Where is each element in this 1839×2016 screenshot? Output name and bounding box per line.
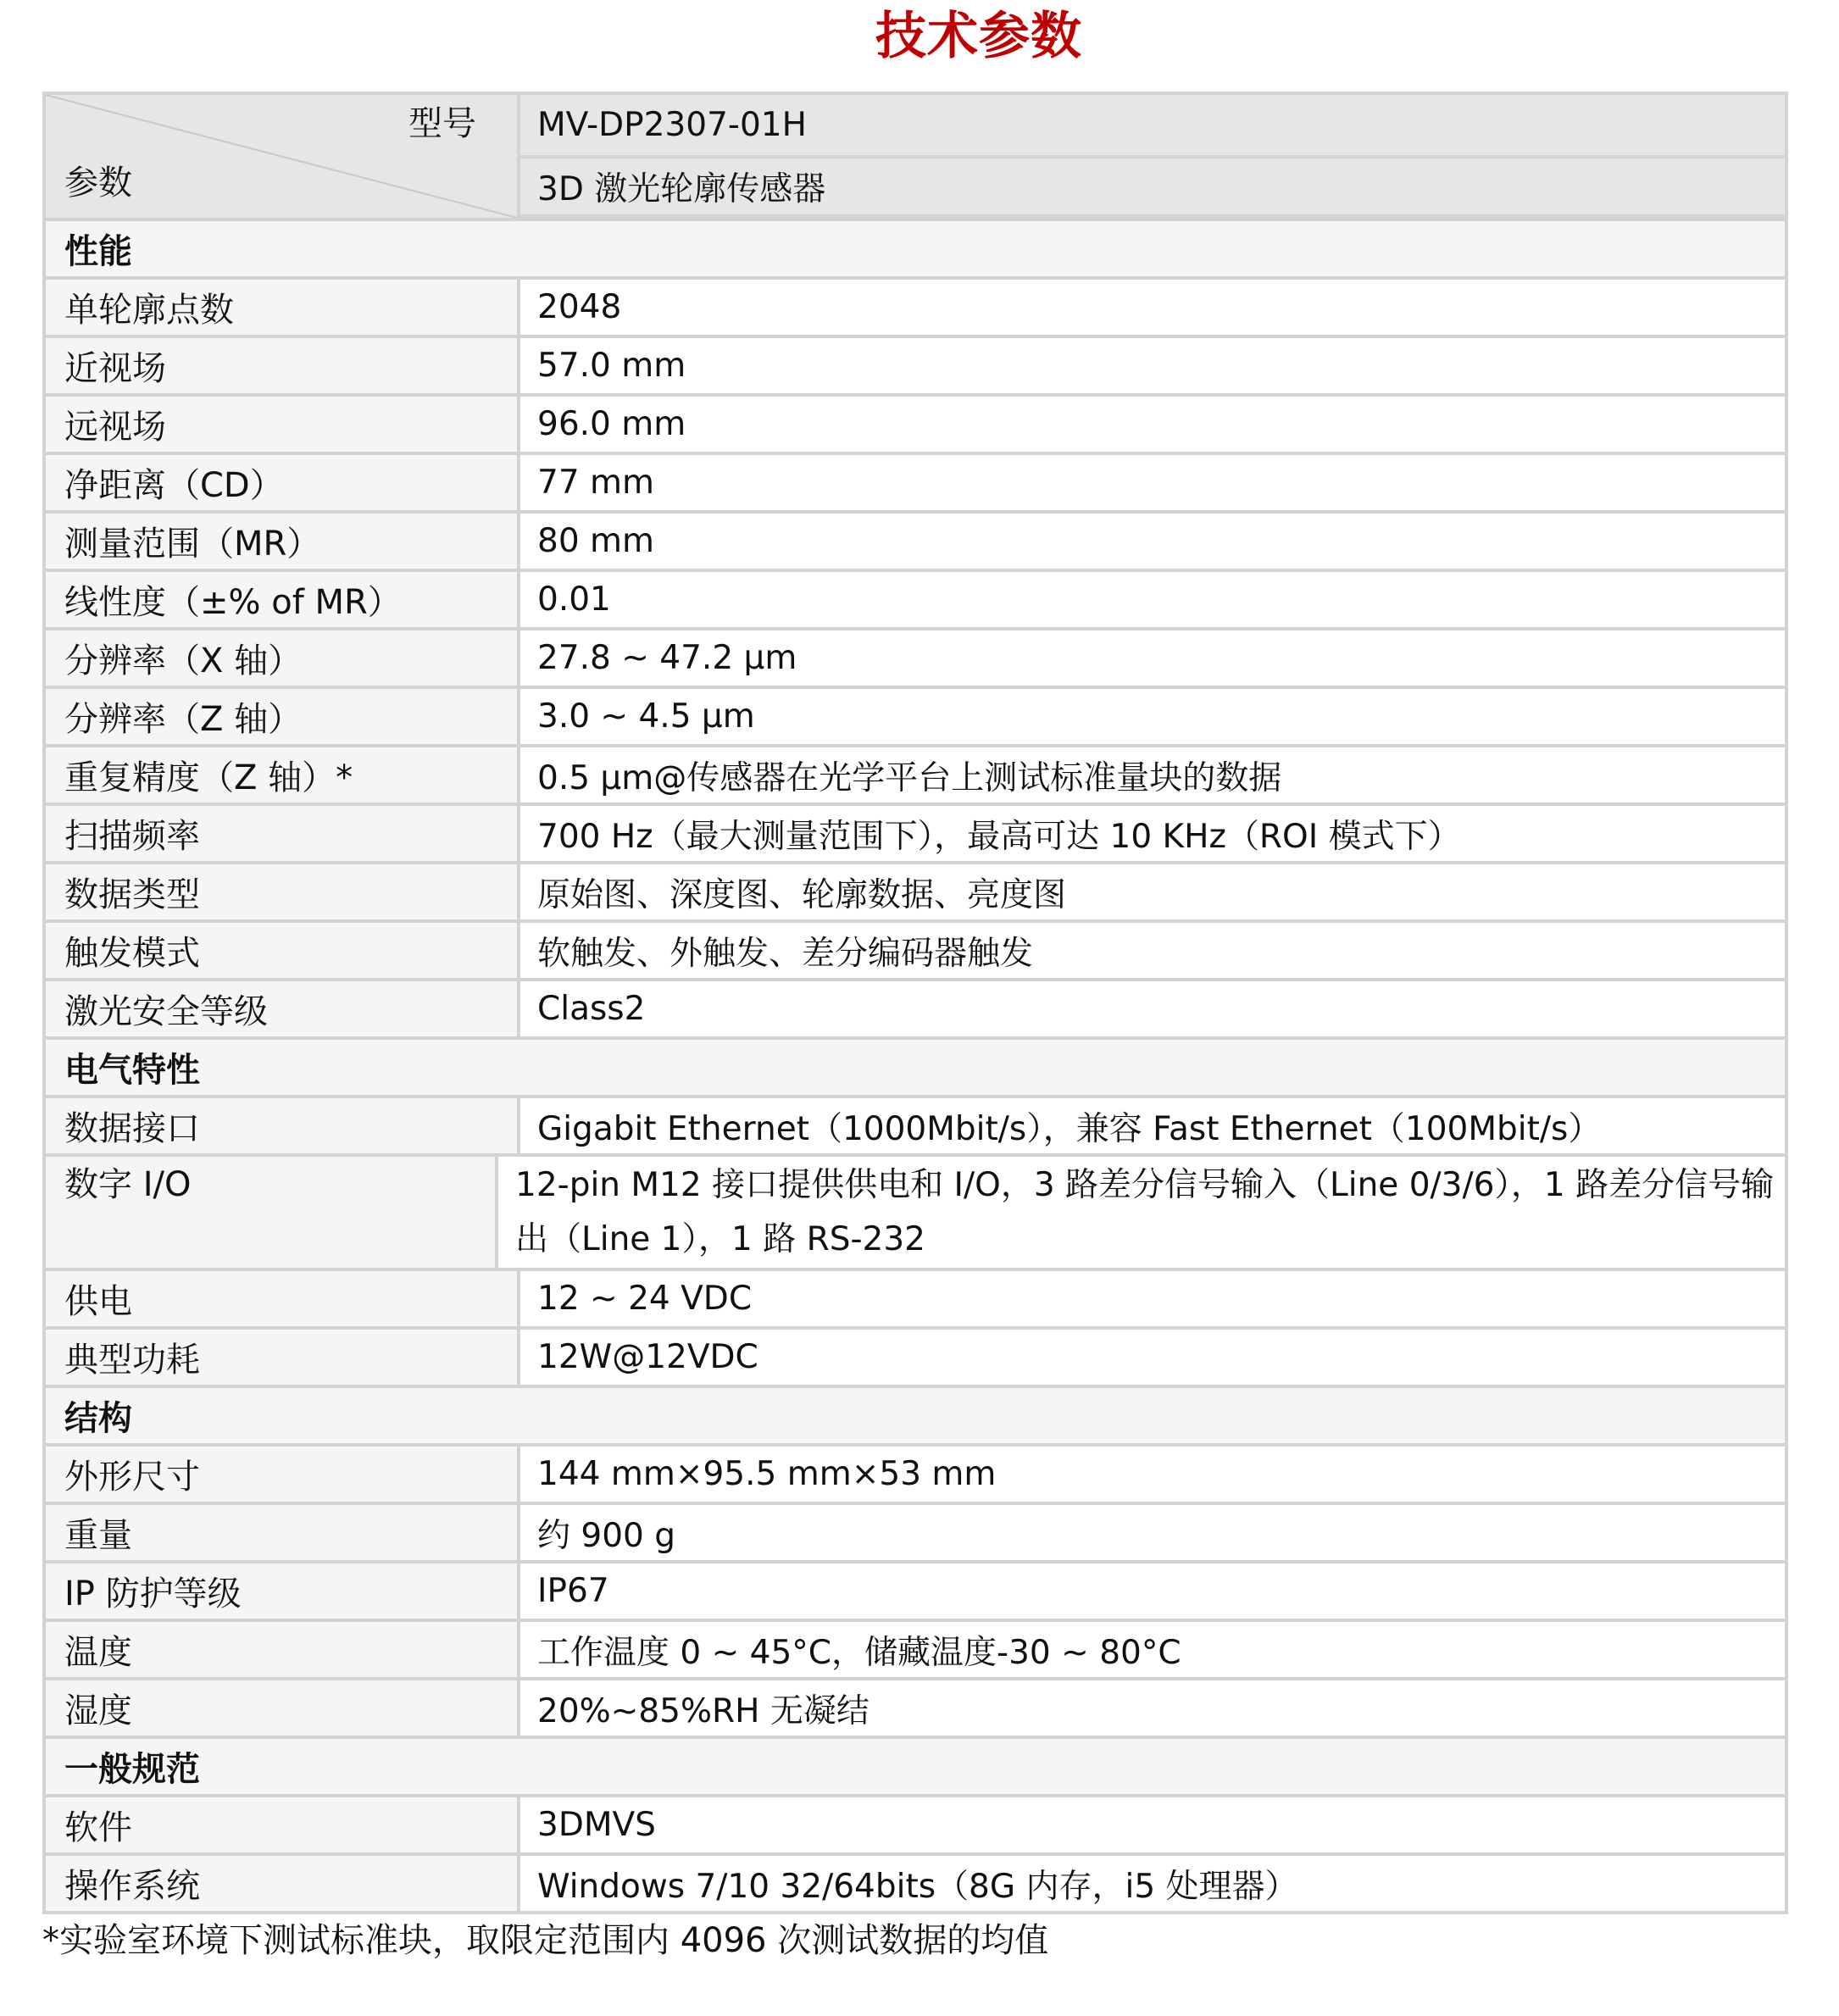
table-row: 数据接口Gigabit Ethernet（1000Mbit/s），兼容 Fast… [46,1098,1785,1157]
row-label: 重量 [46,1505,520,1560]
row-value: 0.01 [520,572,1785,627]
product-type: 3D 激光轮廓传感器 [520,158,1785,214]
row-value: 3DMVS [520,1797,1785,1852]
row-label: 温度 [46,1622,520,1677]
row-label: 激光安全等级 [46,981,520,1036]
section-general: 一般规范 [46,1739,1785,1797]
row-label: 远视场 [46,397,520,452]
row-value: 12-pin M12 接口提供供电和 I/O，3 路差分信号输入（Line 0/… [498,1157,1785,1268]
row-value: 27.8 ~ 47.2 μm [520,630,1785,686]
row-label: 单轮廓点数 [46,280,520,335]
row-label: 数据接口 [46,1098,520,1153]
row-label: 分辨率（Z 轴） [46,689,520,744]
row-label: 数据类型 [46,864,520,919]
row-value: 0.5 μm@传感器在光学平台上测试标准量块的数据 [520,747,1785,803]
row-value: 软触发、外触发、差分编码器触发 [520,923,1785,978]
footnote: *实验室环境下测试标准块，取限定范围内 4096 次测试数据的均值 [42,1917,1048,1964]
table-row: 外形尺寸144 mm×95.5 mm×53 mm [46,1447,1785,1505]
table-row: 操作系统Windows 7/10 32/64bits（8G 内存，i5 处理器） [46,1856,1785,1911]
table-row: 近视场57.0 mm [46,338,1785,397]
row-label: IP 防护等级 [46,1563,520,1619]
table-row: 数字 I/O12-pin M12 接口提供供电和 I/O，3 路差分信号输入（L… [46,1157,1785,1271]
row-value: Class2 [520,981,1785,1036]
row-label: 线性度（±% of MR） [46,572,520,627]
row-value: IP67 [520,1563,1785,1619]
table-row: 单轮廓点数2048 [46,280,1785,338]
table-row: 重量约 900 g [46,1505,1785,1563]
row-value: 144 mm×95.5 mm×53 mm [520,1447,1785,1502]
table-row: IP 防护等级IP67 [46,1563,1785,1622]
table-header: 型号 参数 MV-DP2307-01H 3D 激光轮廓传感器 [46,95,1785,221]
table-row: 软件3DMVS [46,1797,1785,1856]
table-row: 激光安全等级Class2 [46,981,1785,1040]
model-label: 型号 [408,100,476,147]
table-row: 供电12 ~ 24 VDC [46,1271,1785,1330]
row-value: 工作温度 0 ~ 45°C，储藏温度-30 ~ 80°C [520,1622,1785,1677]
row-value: 3.0 ~ 4.5 μm [520,689,1785,744]
row-value: 57.0 mm [520,338,1785,393]
spec-table: 型号 参数 MV-DP2307-01H 3D 激光轮廓传感器 性能 单轮廓点数2… [42,92,1788,1914]
section-performance: 性能 [46,221,1785,280]
row-label: 软件 [46,1797,520,1852]
row-value: Windows 7/10 32/64bits（8G 内存，i5 处理器） [520,1856,1785,1911]
row-value: 约 900 g [520,1505,1785,1560]
row-value: 80 mm [520,514,1785,569]
section-structure: 结构 [46,1388,1785,1447]
row-value: 2048 [520,280,1785,335]
row-value: 12 ~ 24 VDC [520,1271,1785,1326]
row-value: Gigabit Ethernet（1000Mbit/s），兼容 Fast Eth… [520,1098,1785,1153]
table-row: 分辨率（X 轴）27.8 ~ 47.2 μm [46,630,1785,689]
header-corner-cell: 型号 参数 [46,95,520,218]
row-label: 净距离（CD） [46,455,520,510]
table-row: 分辨率（Z 轴）3.0 ~ 4.5 μm [46,689,1785,747]
row-label: 测量范围（MR） [46,514,520,569]
table-row: 触发模式软触发、外触发、差分编码器触发 [46,923,1785,981]
header-values: MV-DP2307-01H 3D 激光轮廓传感器 [520,95,1785,218]
row-label: 操作系统 [46,1856,520,1911]
row-value: 96.0 mm [520,397,1785,452]
row-label: 外形尺寸 [46,1447,520,1502]
table-row: 测量范围（MR）80 mm [46,514,1785,572]
row-label: 分辨率（X 轴） [46,630,520,686]
table-row: 净距离（CD）77 mm [46,455,1785,514]
page-title: 技术参数 [847,7,1110,66]
row-value: 700 Hz（最大测量范围下），最高可达 10 KHz（ROI 模式下） [520,806,1785,861]
table-row: 远视场96.0 mm [46,397,1785,455]
row-label: 供电 [46,1271,520,1326]
row-label: 数字 I/O [46,1157,498,1268]
row-label: 触发模式 [46,923,520,978]
table-row: 湿度20%~85%RH 无凝结 [46,1680,1785,1739]
section-electrical: 电气特性 [46,1040,1785,1098]
table-row: 扫描频率700 Hz（最大测量范围下），最高可达 10 KHz（ROI 模式下） [46,806,1785,864]
row-value: 原始图、深度图、轮廓数据、亮度图 [520,864,1785,919]
row-value: 20%~85%RH 无凝结 [520,1680,1785,1736]
row-label: 典型功耗 [46,1330,520,1385]
row-label: 扫描频率 [46,806,520,861]
table-row: 典型功耗12W@12VDC [46,1330,1785,1388]
row-value: 12W@12VDC [520,1330,1785,1385]
table-row: 线性度（±% of MR）0.01 [46,572,1785,630]
row-value: 77 mm [520,455,1785,510]
table-row: 温度工作温度 0 ~ 45°C，储藏温度-30 ~ 80°C [46,1622,1785,1680]
param-label: 参数 [64,159,132,207]
row-label: 湿度 [46,1680,520,1736]
row-label: 重复精度（Z 轴）* [46,747,520,803]
row-label: 近视场 [46,338,520,393]
table-row: 重复精度（Z 轴）*0.5 μm@传感器在光学平台上测试标准量块的数据 [46,747,1785,806]
table-row: 数据类型原始图、深度图、轮廓数据、亮度图 [46,864,1785,923]
model-number: MV-DP2307-01H [520,95,1785,158]
